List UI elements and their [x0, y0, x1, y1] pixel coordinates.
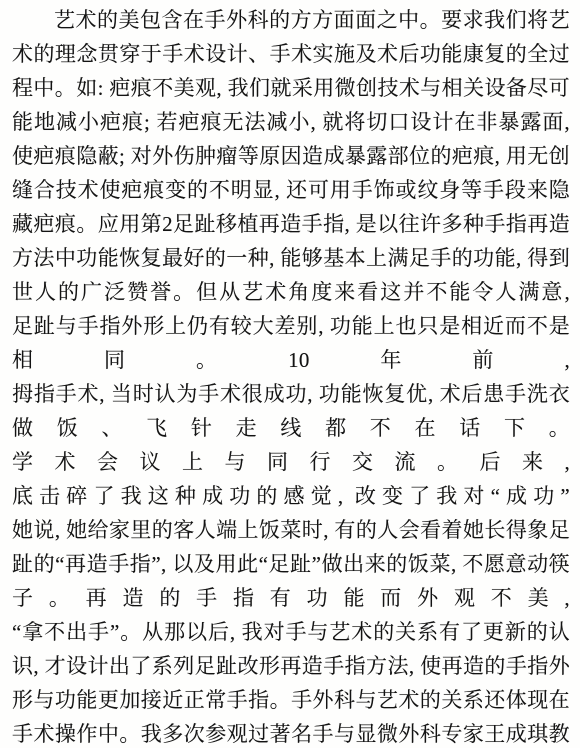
text-line: 艺术的美包含在手外科的方方面面之中。要求我们将艺: [12, 3, 570, 37]
text-line: 能地减小疤痕; 若疤痕无法减小, 就将切口设计在非暴露面,: [12, 105, 570, 139]
text-line: 藏疤痕。应用第2足趾移植再造手指, 是以往许多种手指再造: [12, 207, 570, 241]
text-line: 术的理念贯穿于手术设计、手术实施及术后功能康复的全过: [12, 37, 570, 71]
text-line: 识, 才设计出了系列足趾改形再造手指方法, 使再造的手指外: [12, 649, 570, 683]
text-line: 使疤痕隐蔽; 对外伤肿瘤等原因造成暴露部位的疤痕, 用无创: [12, 139, 570, 173]
text-line: 相同。10年前, 我曾为1例中年女性患者施行第2足趾移植再造: [12, 343, 570, 377]
text-line: 手术操作中。我多次参观过著名手与显微外科专家王成琪教: [12, 717, 570, 748]
text-line: 世人的广泛赞誉。但从艺术角度来看这并不能令人满意, 因为: [12, 275, 570, 309]
text-line: 程中。如: 疤痕不美观, 我们就采用微创技术与相关设备尽可: [12, 71, 570, 105]
text-line: 拇指手术, 当时认为手术很成功, 功能恢复优, 术后患手洗衣: [12, 377, 570, 411]
book-page: 艺术的美包含在手外科的方方面面之中。要求我们将艺术的理念贯穿于手术设计、手术实施…: [0, 0, 580, 748]
text-line: 缝合技术使疤痕变的不明显, 还可用手饰或纹身等手段来隐: [12, 173, 570, 207]
text-line: 学术会议上与同行交流。后来, 该患者无意中说出的一句话彻: [12, 445, 570, 479]
text-line: 她说, 她给家里的客人端上饭菜时, 有的人会看着她长得象足: [12, 513, 570, 547]
paragraph-text-lines: 艺术的美包含在手外科的方方面面之中。要求我们将艺术的理念贯穿于手术设计、手术实施…: [12, 3, 570, 748]
text-line: 做饭、飞针走线都不在话下。我把她当作成功的病例到国内外: [12, 411, 570, 445]
text-line: “拿不出手”。从那以后, 我对手与艺术的关系有了更新的认: [12, 615, 570, 649]
text-line: 子。再造的手指有功能而外观不美, 仍然让患者觉得自己的手: [12, 581, 570, 615]
text-line: 方法中功能恢复最好的一种, 能够基本上满足手的功能, 得到: [12, 241, 570, 275]
text-line: 底击碎了我这种成功的感觉, 改变了我对“成功”二字的认识。: [12, 479, 570, 513]
text-line: 足趾与手指外形上仍有较大差别, 功能上也只是相近而不是: [12, 309, 570, 343]
text-line: 形与功能更加接近正常手指。手外科与艺术的关系还体现在: [12, 683, 570, 717]
text-line: 趾的“再造手指”, 以及用此“足趾”做出来的饭菜, 不愿意动筷: [12, 547, 570, 581]
